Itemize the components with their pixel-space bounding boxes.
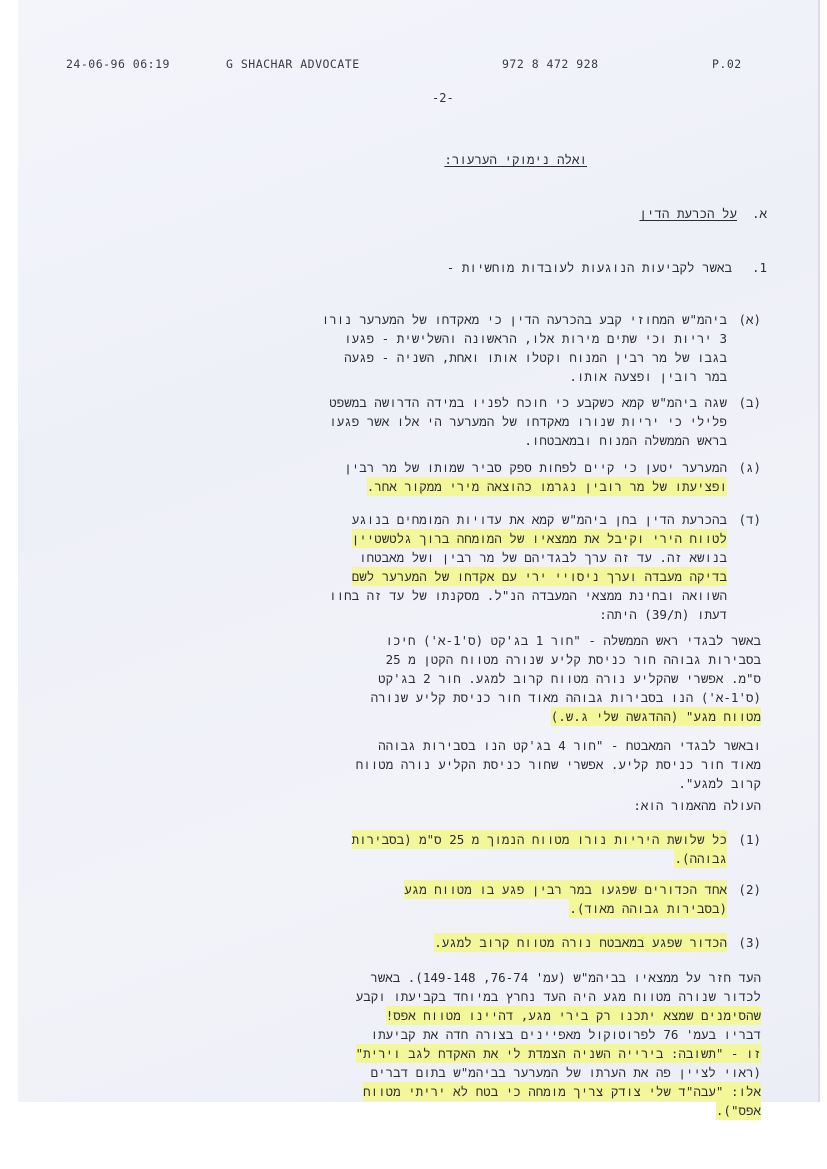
paragraph-4-line: לטווח הירי וקיבל את ממצאיו של המומחה ברו…: [352, 529, 727, 548]
paragraph-2-marker: (ב): [738, 393, 761, 412]
final-paragraph-line: שהסימנים שמצא יתכנו רק בירי מגע, דהיינו …: [386, 1006, 761, 1025]
paragraph-4-line: בדיקה מעבדה וערך ניסויי ירי עם אקדחו של …: [352, 567, 727, 586]
fax-date-time: 24-06-96 06:19: [66, 57, 170, 71]
conclusion-2-line: (בסבירות גבוהה מאוד).: [569, 899, 727, 918]
paragraph-2-line: שגה ביהמ"ש קמא כשקבע כי חוכח לפניו במידה…: [329, 393, 727, 412]
paragraph-1-line: בגבו של מר רבין המנוח וקטלו אותו ואחת, ה…: [344, 348, 727, 367]
quote-bodyguard-line: קרוב למגע".: [678, 774, 761, 793]
paragraph-4-marker: (ד): [738, 510, 761, 529]
quote-prime-minister-line: מטווח מגע" (ההדגשה שלי ג.ש.): [551, 707, 761, 726]
paragraph-1-line: ביהמ"ש המחוזי קבע בהכרעה הדין כי מאקדחו …: [322, 310, 727, 329]
final-paragraph-line: אפס").: [716, 1101, 761, 1120]
item-1-marker: 1.: [752, 258, 767, 277]
paragraph-2-line: בראש הממשלה המנוח ובמאבטחו.: [524, 431, 727, 450]
fax-sender: G SHACHAR ADVOCATE: [226, 57, 360, 71]
paragraph-4-line: בהכרעת הדין בחן ביהמ"ש קמא את עדויות המו…: [352, 510, 727, 529]
quote-bodyguard-line: מאוד חור כניסת קליע. אפשרי שחור כניסת הק…: [356, 755, 761, 774]
section-title: ואלה נימוקי הערעור:: [444, 150, 587, 169]
conclusion-intro: העולה מהאמור הוא:: [633, 796, 761, 815]
conclusion-1-line: כל שלושת היריות נורו מטווח הנמוך מ 25 ס"…: [352, 830, 727, 849]
final-paragraph-line: אלו: "עבה"ד שלי צודק צריך מומחה כי בטח ל…: [363, 1082, 761, 1101]
fax-page: P.02: [712, 57, 742, 71]
quote-bodyguard-line: ובאשר לבגדי המאבטח - "חור 4 בג'קט הנו בס…: [378, 736, 761, 755]
paragraph-4-line: השוואה ובחינת ממצאי המעבדה הנ"ל. מסקנתו …: [329, 586, 727, 605]
paragraph-3-marker: (ג): [738, 458, 761, 477]
paragraph-1-line: במר רובין ופצעה אותו.: [569, 367, 727, 386]
conclusion-3-line: הכדור שפגע במאבטח נורה מטווח קרוב למגע.: [434, 933, 727, 952]
final-paragraph-line: (ראוי לציין פה את הערתו של המערער בביהמ"…: [371, 1063, 761, 1082]
subsection-title: על הכרעת הדין: [639, 204, 737, 223]
final-paragraph-line: דבריו בעמ' 76 לפרוטוקול מאפיינים בצורה ח…: [371, 1025, 761, 1044]
paragraph-4-line: דעתו (ת/39) היתה:: [599, 605, 727, 624]
paragraph-3-line: המערער יטען כי קיים לפחות ספק סביר שמותו…: [344, 458, 727, 477]
conclusion-2-line: אחד הכדורים שפגעו במר רבין פגע בו מטווח …: [404, 880, 727, 899]
final-paragraph-line: זו - "תשובה: בירייה השניה הצמדת לי את הא…: [356, 1044, 761, 1063]
conclusion-1-marker: (1): [738, 830, 761, 849]
paragraph-1-line: 3 יריות וכי שתים מירות אלו, הראשונה והשל…: [344, 329, 727, 348]
page-number: -2-: [432, 91, 454, 105]
paragraph-4-line: בנושא זה. עד זה ערך לבגדיהם של מר רבין ו…: [359, 548, 727, 567]
quote-prime-minister-line: ס"מ. אפשרי שהקליע נורה מטווח קרוב למגע. …: [378, 669, 761, 688]
conclusion-3-marker: (3): [738, 933, 761, 952]
final-paragraph-line: לכדור שנורה מטווח מגע היה העד נחרץ במיוח…: [356, 987, 761, 1006]
item-1-text: באשר לקביעות הנוגעות לעובדות מוחשיות -: [447, 258, 732, 277]
paragraph-3-line: ופציעתו של מר רובין נגרמו כהוצאה מירי ממ…: [367, 477, 727, 496]
conclusion-1-line: גבוהה).: [674, 849, 727, 868]
quote-prime-minister-line: (ס'1-א') הנו בסבירות גבוהה מאוד חור כניס…: [371, 688, 761, 707]
conclusion-2-marker: (2): [738, 880, 761, 899]
subsection-marker: א.: [752, 204, 767, 223]
quote-prime-minister-line: באשר לבגדי ראש הממשלה - "חור 1 בג'קט (ס'…: [385, 631, 761, 650]
paragraph-1-marker: (א): [738, 310, 761, 329]
fax-number: 972 8 472 928: [502, 57, 599, 71]
paragraph-2-line: פלילי כי יריות שנורו מאקדחו של המערער הי…: [329, 412, 727, 431]
quote-prime-minister-line: בסבירות גבוהה חור כניסת קליע שנורה מטווח…: [386, 650, 761, 669]
final-paragraph-line: העד חזר על ממצאיו בביהמ"ש (עמ' 76-74, 14…: [370, 968, 761, 987]
